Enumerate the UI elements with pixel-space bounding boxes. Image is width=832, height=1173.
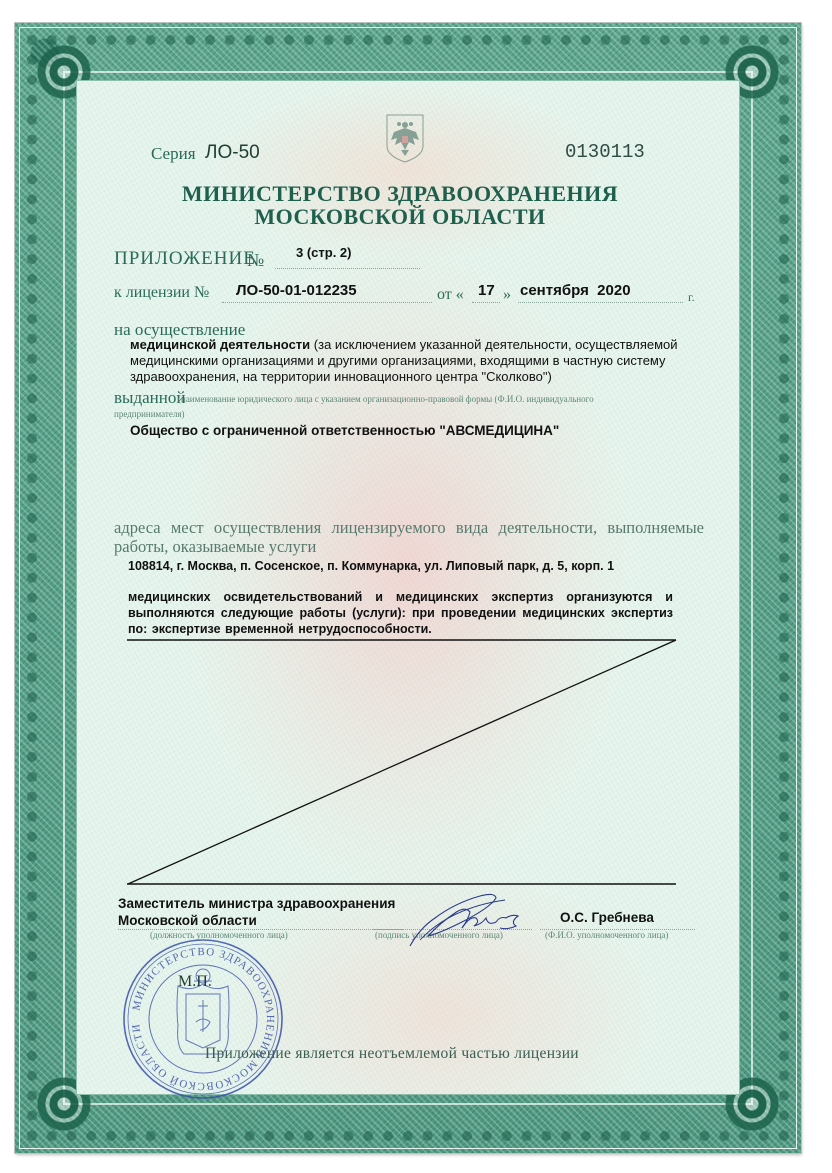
year-suffix: г. — [688, 290, 695, 305]
date-from-label: от « — [437, 286, 464, 304]
close-quote: » — [503, 286, 511, 304]
appendix-number-sign: № — [247, 250, 264, 271]
license-month-year: сентября 2020 — [520, 282, 631, 299]
works-description: медицинских освидетельствований и медици… — [128, 589, 673, 637]
russian-coat-of-arms-icon — [384, 112, 426, 164]
stamp-place-label: М.П. — [178, 973, 212, 991]
series-label: Серия — [151, 144, 196, 164]
issued-label: выданной — [114, 388, 185, 408]
address-label: адреса мест осуществления лицензируемого… — [114, 518, 704, 556]
appendix-underline — [275, 268, 420, 269]
month-underline — [518, 302, 683, 303]
series-value: ЛО-50 — [205, 142, 260, 164]
activity-bold: медицинской деятельности — [130, 337, 310, 352]
signer-name: О.С. Гребнева — [560, 910, 654, 925]
appendix-value: 3 (стр. 2) — [296, 245, 352, 260]
license-underline — [222, 302, 432, 303]
signer-position: Заместитель министра здравоохранения Мос… — [118, 895, 418, 929]
issued-hint-continued: предпринимателя) — [114, 409, 185, 419]
issued-hint: (наименование юридического лица с указан… — [178, 394, 594, 404]
company-name: Общество с ограниченной ответственностью… — [130, 423, 559, 438]
license-number: ЛО-50-01-012235 — [236, 282, 357, 299]
license-day: 17 — [478, 282, 495, 299]
fio-hint: (Ф.И.О. уполномоченного лица) — [545, 930, 668, 940]
activity-description: медицинской деятельности (за исключением… — [130, 337, 690, 385]
official-seal-stamp-icon: МИНИСТЕРСТВО ЗДРАВООХРАНЕНИЯ МОСКОВСКОЙ … — [120, 936, 286, 1102]
license-label: к лицензии № — [114, 284, 209, 302]
form-number: 0130113 — [565, 141, 645, 163]
handwritten-signature-icon — [400, 888, 550, 948]
address-value: 108814, г. Москва, п. Сосенское, п. Комм… — [128, 559, 614, 573]
footer-note: Приложение является неотъемлемой частью … — [205, 1045, 579, 1063]
day-underline — [472, 302, 500, 303]
appendix-label: ПРИЛОЖЕНИЕ — [114, 248, 256, 270]
ministry-title-line2: МОСКОВСКОЙ ОБЛАСТИ — [130, 204, 670, 230]
